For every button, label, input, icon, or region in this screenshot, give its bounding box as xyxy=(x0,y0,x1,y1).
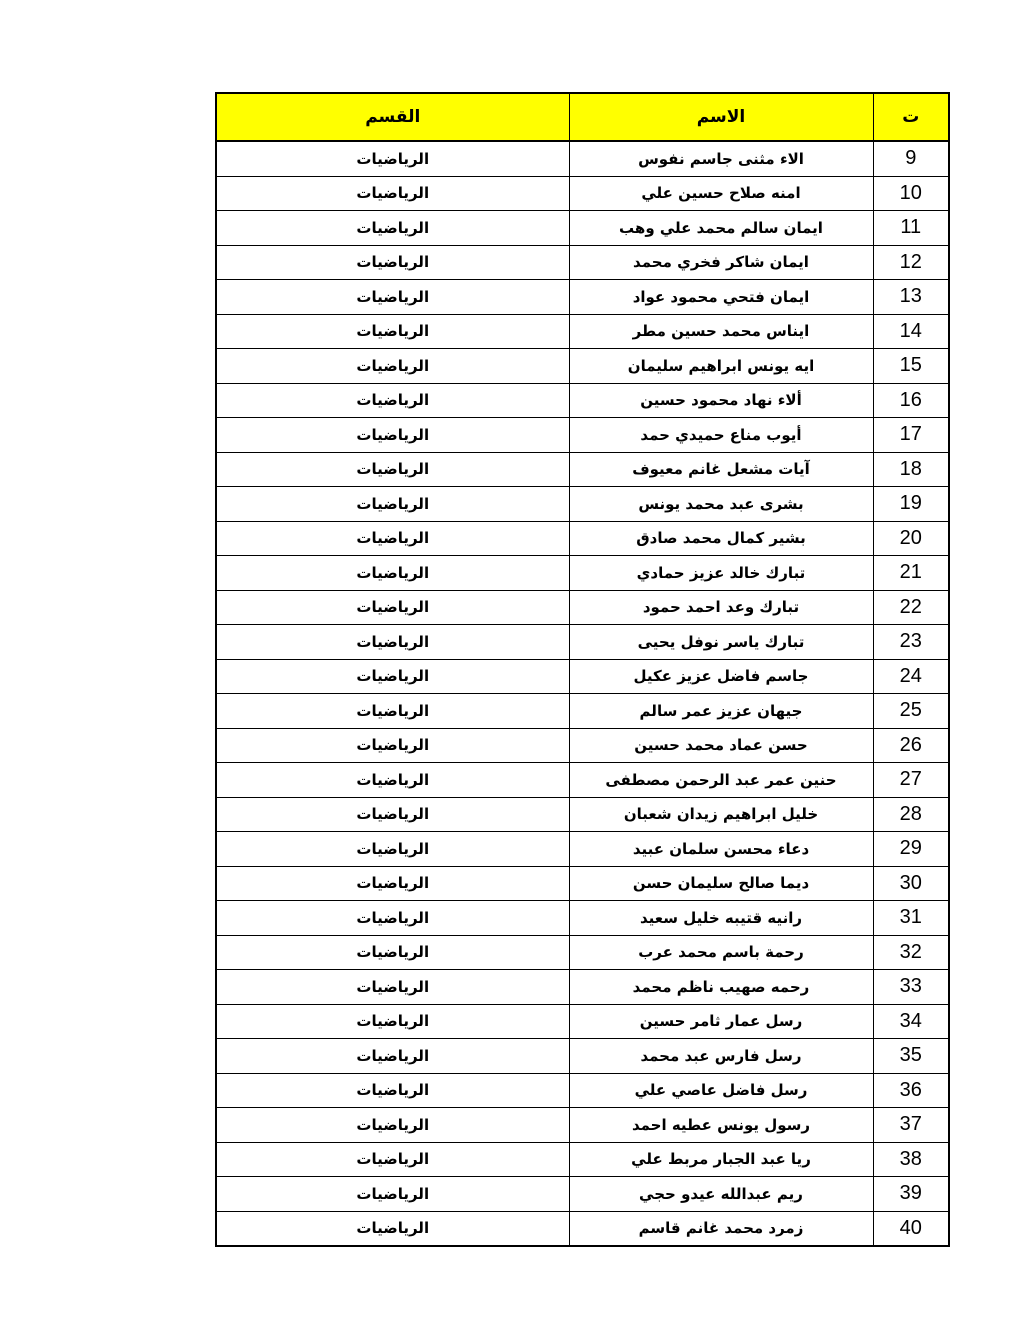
name-cell: امنه صلاح حسين علي xyxy=(569,176,873,211)
header-row: القسم الاسم ت xyxy=(216,93,949,141)
number-cell: 12 xyxy=(873,245,949,280)
students-table: القسم الاسم ت الرياضيات الاء مثنى جاسم ن… xyxy=(215,92,950,1247)
department-cell: الرياضيات xyxy=(216,728,569,763)
name-cell: ايه يونس ابراهيم سليمان xyxy=(569,349,873,384)
table-row: الرياضيات ايناس محمد حسين مطر 14 xyxy=(216,314,949,349)
name-cell: جيهان عزيز عمر سالم xyxy=(569,694,873,729)
name-cell: خليل ابراهيم زيدان شعبان xyxy=(569,797,873,832)
department-cell: الرياضيات xyxy=(216,383,569,418)
name-cell: ألاء نهاد محمود حسين xyxy=(569,383,873,418)
table-row: الرياضيات تبارك خالد عزيز حمادي 21 xyxy=(216,556,949,591)
document-page: القسم الاسم ت الرياضيات الاء مثنى جاسم ن… xyxy=(0,0,1024,1325)
table-row: الرياضيات حسن عماد محمد حسين 26 xyxy=(216,728,949,763)
department-cell: الرياضيات xyxy=(216,211,569,246)
department-cell: الرياضيات xyxy=(216,176,569,211)
department-cell: الرياضيات xyxy=(216,935,569,970)
department-cell: الرياضيات xyxy=(216,970,569,1005)
table-row: الرياضيات ريم عبدالله عيدو حجي 39 xyxy=(216,1177,949,1212)
table-row: الرياضيات رانيه قتيبه خليل سعيد 31 xyxy=(216,901,949,936)
table-row: الرياضيات رحمة باسم محمد عرب 32 xyxy=(216,935,949,970)
table-row: الرياضيات رسل عمار ثامر حسين 34 xyxy=(216,1004,949,1039)
name-cell: زمرد محمد غانم قاسم xyxy=(569,1211,873,1246)
number-cell: 9 xyxy=(873,141,949,176)
name-cell: ايمان شاكر فخري محمد xyxy=(569,245,873,280)
name-cell: تبارك ياسر نوفل يحيى xyxy=(569,625,873,660)
department-cell: الرياضيات xyxy=(216,521,569,556)
number-cell: 21 xyxy=(873,556,949,591)
department-cell: الرياضيات xyxy=(216,418,569,453)
name-cell: تبارك وعد احمد حمود xyxy=(569,590,873,625)
table-row: الرياضيات خليل ابراهيم زيدان شعبان 28 xyxy=(216,797,949,832)
number-cell: 18 xyxy=(873,452,949,487)
number-cell: 25 xyxy=(873,694,949,729)
name-cell: رسل فارس عبد محمد xyxy=(569,1039,873,1074)
table-row: الرياضيات زمرد محمد غانم قاسم 40 xyxy=(216,1211,949,1246)
number-cell: 22 xyxy=(873,590,949,625)
table-row: الرياضيات رسل فاضل عاصي علي 36 xyxy=(216,1073,949,1108)
number-cell: 23 xyxy=(873,625,949,660)
table-row: الرياضيات بشرى عبد محمد يونس 19 xyxy=(216,487,949,522)
name-cell: ايمان فتحي محمود عواد xyxy=(569,280,873,315)
table-row: الرياضيات ايمان شاكر فخري محمد 12 xyxy=(216,245,949,280)
number-cell: 28 xyxy=(873,797,949,832)
number-cell: 11 xyxy=(873,211,949,246)
table-row: الرياضيات دعاء محسن سلمان عبيد 29 xyxy=(216,832,949,867)
department-cell: الرياضيات xyxy=(216,1211,569,1246)
department-cell: الرياضيات xyxy=(216,487,569,522)
name-cell: آيات مشعل غانم معيوف xyxy=(569,452,873,487)
department-cell: الرياضيات xyxy=(216,832,569,867)
name-cell: حسن عماد محمد حسين xyxy=(569,728,873,763)
table-row: الرياضيات ديما صالح سليمان حسن 30 xyxy=(216,866,949,901)
department-cell: الرياضيات xyxy=(216,1177,569,1212)
name-cell: ريا عبد الجبار مربط علي xyxy=(569,1142,873,1177)
table-row: الرياضيات أيوب مناع حميدي حمد 17 xyxy=(216,418,949,453)
number-cell: 40 xyxy=(873,1211,949,1246)
table-row: الرياضيات تبارك ياسر نوفل يحيى 23 xyxy=(216,625,949,660)
number-cell: 24 xyxy=(873,659,949,694)
number-cell: 34 xyxy=(873,1004,949,1039)
table-row: الرياضيات حنين عمر عبد الرحمن مصطفى 27 xyxy=(216,763,949,798)
header-name: الاسم xyxy=(569,93,873,141)
table-row: الرياضيات الاء مثنى جاسم نفوس 9 xyxy=(216,141,949,176)
name-cell: رانيه قتيبه خليل سعيد xyxy=(569,901,873,936)
department-cell: الرياضيات xyxy=(216,141,569,176)
department-cell: الرياضيات xyxy=(216,866,569,901)
department-cell: الرياضيات xyxy=(216,625,569,660)
table-row: الرياضيات ألاء نهاد محمود حسين 16 xyxy=(216,383,949,418)
department-cell: الرياضيات xyxy=(216,1108,569,1143)
name-cell: ديما صالح سليمان حسن xyxy=(569,866,873,901)
department-cell: الرياضيات xyxy=(216,280,569,315)
name-cell: رسول يونس عطيه احمد xyxy=(569,1108,873,1143)
number-cell: 33 xyxy=(873,970,949,1005)
table-row: الرياضيات ايمان سالم محمد علي وهب 11 xyxy=(216,211,949,246)
table-row: الرياضيات رحمه صهيب ناظم محمد 33 xyxy=(216,970,949,1005)
number-cell: 15 xyxy=(873,349,949,384)
table-row: الرياضيات جاسم فاضل عزيز عكيل 24 xyxy=(216,659,949,694)
table-row: الرياضيات رسول يونس عطيه احمد 37 xyxy=(216,1108,949,1143)
department-cell: الرياضيات xyxy=(216,763,569,798)
number-cell: 13 xyxy=(873,280,949,315)
number-cell: 36 xyxy=(873,1073,949,1108)
name-cell: ايناس محمد حسين مطر xyxy=(569,314,873,349)
name-cell: رسل عمار ثامر حسين xyxy=(569,1004,873,1039)
header-number: ت xyxy=(873,93,949,141)
name-cell: رسل فاضل عاصي علي xyxy=(569,1073,873,1108)
number-cell: 17 xyxy=(873,418,949,453)
department-cell: الرياضيات xyxy=(216,1073,569,1108)
name-cell: أيوب مناع حميدي حمد xyxy=(569,418,873,453)
department-cell: الرياضيات xyxy=(216,659,569,694)
header-department: القسم xyxy=(216,93,569,141)
number-cell: 32 xyxy=(873,935,949,970)
number-cell: 39 xyxy=(873,1177,949,1212)
table-row: الرياضيات آيات مشعل غانم معيوف 18 xyxy=(216,452,949,487)
department-cell: الرياضيات xyxy=(216,1004,569,1039)
name-cell: رحمة باسم محمد عرب xyxy=(569,935,873,970)
table-row: الرياضيات بشير كمال محمد صادق 20 xyxy=(216,521,949,556)
name-cell: جاسم فاضل عزيز عكيل xyxy=(569,659,873,694)
table-row: الرياضيات رسل فارس عبد محمد 35 xyxy=(216,1039,949,1074)
number-cell: 14 xyxy=(873,314,949,349)
table-row: الرياضيات ايه يونس ابراهيم سليمان 15 xyxy=(216,349,949,384)
name-cell: دعاء محسن سلمان عبيد xyxy=(569,832,873,867)
department-cell: الرياضيات xyxy=(216,245,569,280)
department-cell: الرياضيات xyxy=(216,797,569,832)
name-cell: ريم عبدالله عيدو حجي xyxy=(569,1177,873,1212)
number-cell: 19 xyxy=(873,487,949,522)
table-body: الرياضيات الاء مثنى جاسم نفوس 9 الرياضيا… xyxy=(216,141,949,1246)
department-cell: الرياضيات xyxy=(216,349,569,384)
department-cell: الرياضيات xyxy=(216,901,569,936)
table-row: الرياضيات امنه صلاح حسين علي 10 xyxy=(216,176,949,211)
number-cell: 38 xyxy=(873,1142,949,1177)
number-cell: 30 xyxy=(873,866,949,901)
department-cell: الرياضيات xyxy=(216,314,569,349)
table-row: الرياضيات جيهان عزيز عمر سالم 25 xyxy=(216,694,949,729)
department-cell: الرياضيات xyxy=(216,590,569,625)
number-cell: 31 xyxy=(873,901,949,936)
table-row: الرياضيات تبارك وعد احمد حمود 22 xyxy=(216,590,949,625)
number-cell: 26 xyxy=(873,728,949,763)
table-row: الرياضيات ريا عبد الجبار مربط علي 38 xyxy=(216,1142,949,1177)
table-header: القسم الاسم ت xyxy=(216,93,949,141)
name-cell: ايمان سالم محمد علي وهب xyxy=(569,211,873,246)
department-cell: الرياضيات xyxy=(216,1039,569,1074)
table-row: الرياضيات ايمان فتحي محمود عواد 13 xyxy=(216,280,949,315)
name-cell: تبارك خالد عزيز حمادي xyxy=(569,556,873,591)
name-cell: بشير كمال محمد صادق xyxy=(569,521,873,556)
number-cell: 35 xyxy=(873,1039,949,1074)
department-cell: الرياضيات xyxy=(216,452,569,487)
number-cell: 37 xyxy=(873,1108,949,1143)
department-cell: الرياضيات xyxy=(216,694,569,729)
name-cell: حنين عمر عبد الرحمن مصطفى xyxy=(569,763,873,798)
name-cell: الاء مثنى جاسم نفوس xyxy=(569,141,873,176)
department-cell: الرياضيات xyxy=(216,556,569,591)
name-cell: رحمه صهيب ناظم محمد xyxy=(569,970,873,1005)
number-cell: 16 xyxy=(873,383,949,418)
number-cell: 20 xyxy=(873,521,949,556)
number-cell: 27 xyxy=(873,763,949,798)
name-cell: بشرى عبد محمد يونس xyxy=(569,487,873,522)
number-cell: 10 xyxy=(873,176,949,211)
number-cell: 29 xyxy=(873,832,949,867)
department-cell: الرياضيات xyxy=(216,1142,569,1177)
